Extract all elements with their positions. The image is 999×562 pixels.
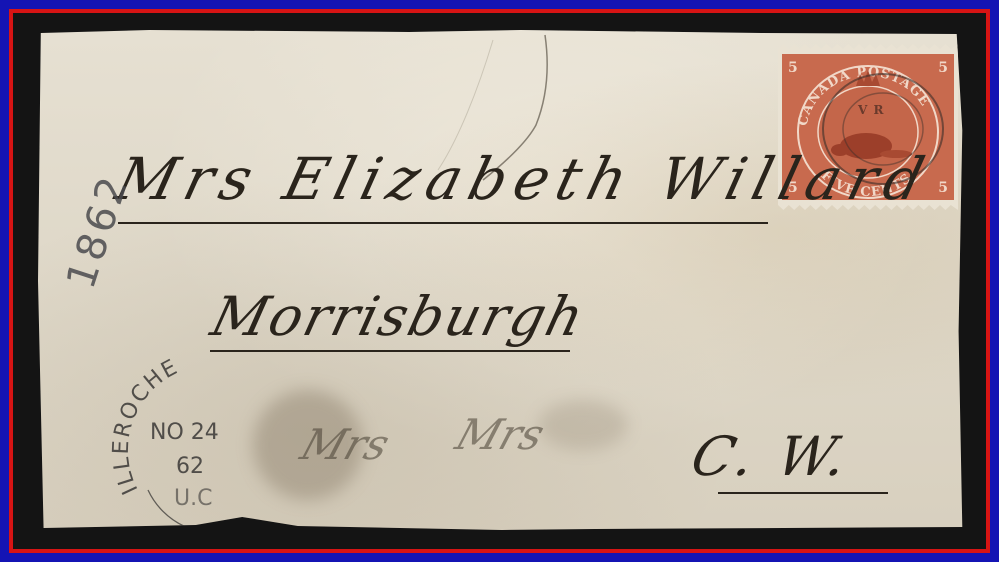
stamp-monogram: V R	[857, 103, 884, 117]
province-underline	[718, 492, 888, 494]
address-town: Morrisburgh	[205, 285, 592, 348]
postmark-year: 62	[176, 454, 204, 479]
faded-note: Mrs	[295, 420, 396, 469]
addressee-underline	[118, 222, 768, 224]
faded-note: Mrs	[450, 410, 551, 459]
stamp-corner-value: 5	[938, 180, 948, 196]
address-province: C. W.	[685, 425, 858, 488]
postmark-province: U.C	[174, 486, 212, 511]
envelope: CANADA POSTAGE FIVE CENTS V R 5 5 5 5 Mr…	[38, 30, 966, 532]
stamp-corner-value: 5	[788, 60, 798, 76]
ink-smudge	[538, 400, 628, 450]
postmark-date: NO 24	[150, 420, 219, 445]
stamp-corner-value: 5	[938, 60, 948, 76]
addressee-name: Mrs Elizabeth Willard	[110, 145, 939, 213]
